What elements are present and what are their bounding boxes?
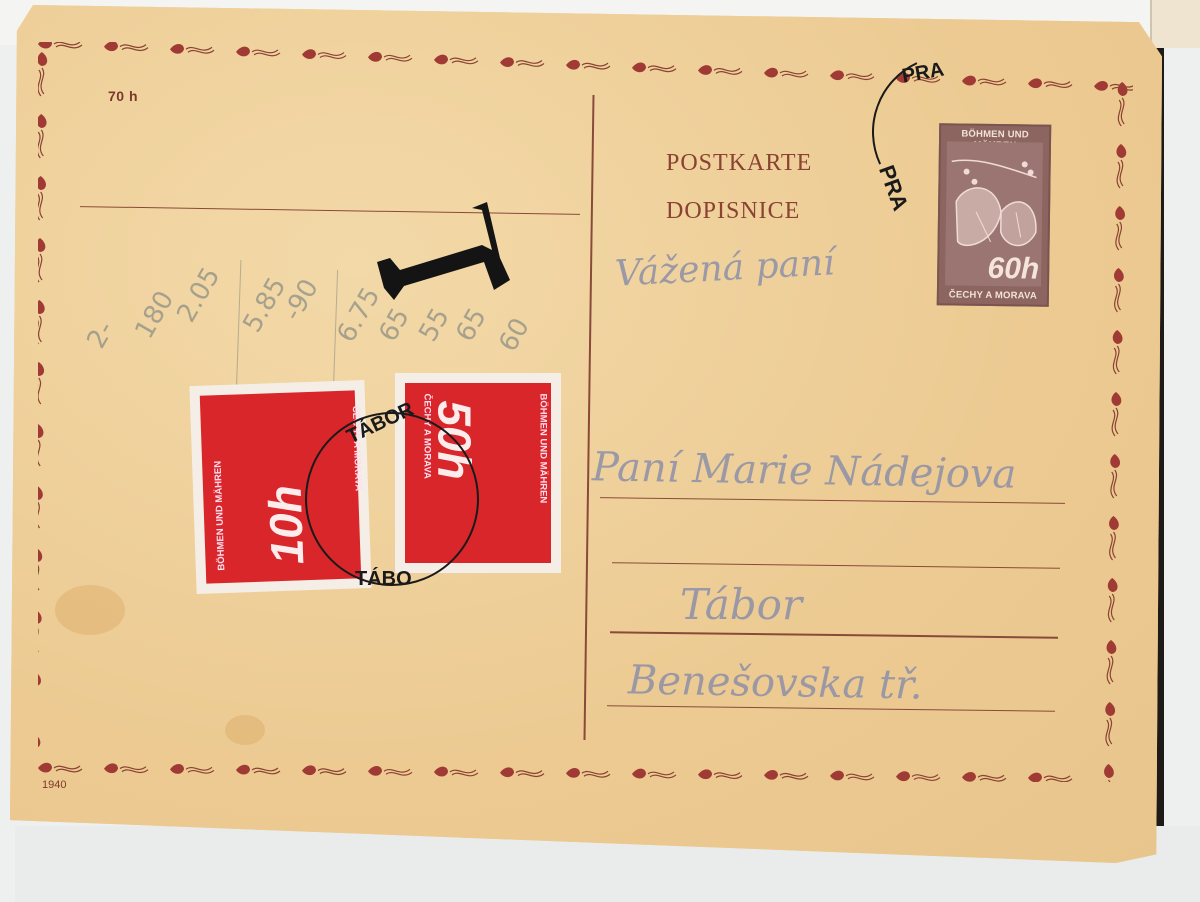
postage-due-t-mark <box>372 200 512 310</box>
stamp-side-text: BÖHMEN UND MÄHREN <box>538 394 549 554</box>
handwritten-street: Benešovska tř. <box>628 657 923 708</box>
stamp-bottom-text: ČECHY A MORAVA <box>939 289 1047 302</box>
paper-edge <box>1150 0 1200 48</box>
printed-year: 1940 <box>42 779 66 791</box>
postmark-tabor <box>305 412 479 586</box>
title-postkarte: POSTKARTE <box>666 150 812 177</box>
postmark-tabor-bottom: TÁBO <box>355 568 412 591</box>
printed-value: 70 h <box>108 88 138 104</box>
handwritten-city: Tábor <box>680 580 802 629</box>
handwritten-recipient: Paní Marie Nádejova <box>592 444 1017 497</box>
stamp-denomination: 60h <box>987 252 1039 287</box>
title-dopisnice: DOPISNICE <box>666 198 800 225</box>
